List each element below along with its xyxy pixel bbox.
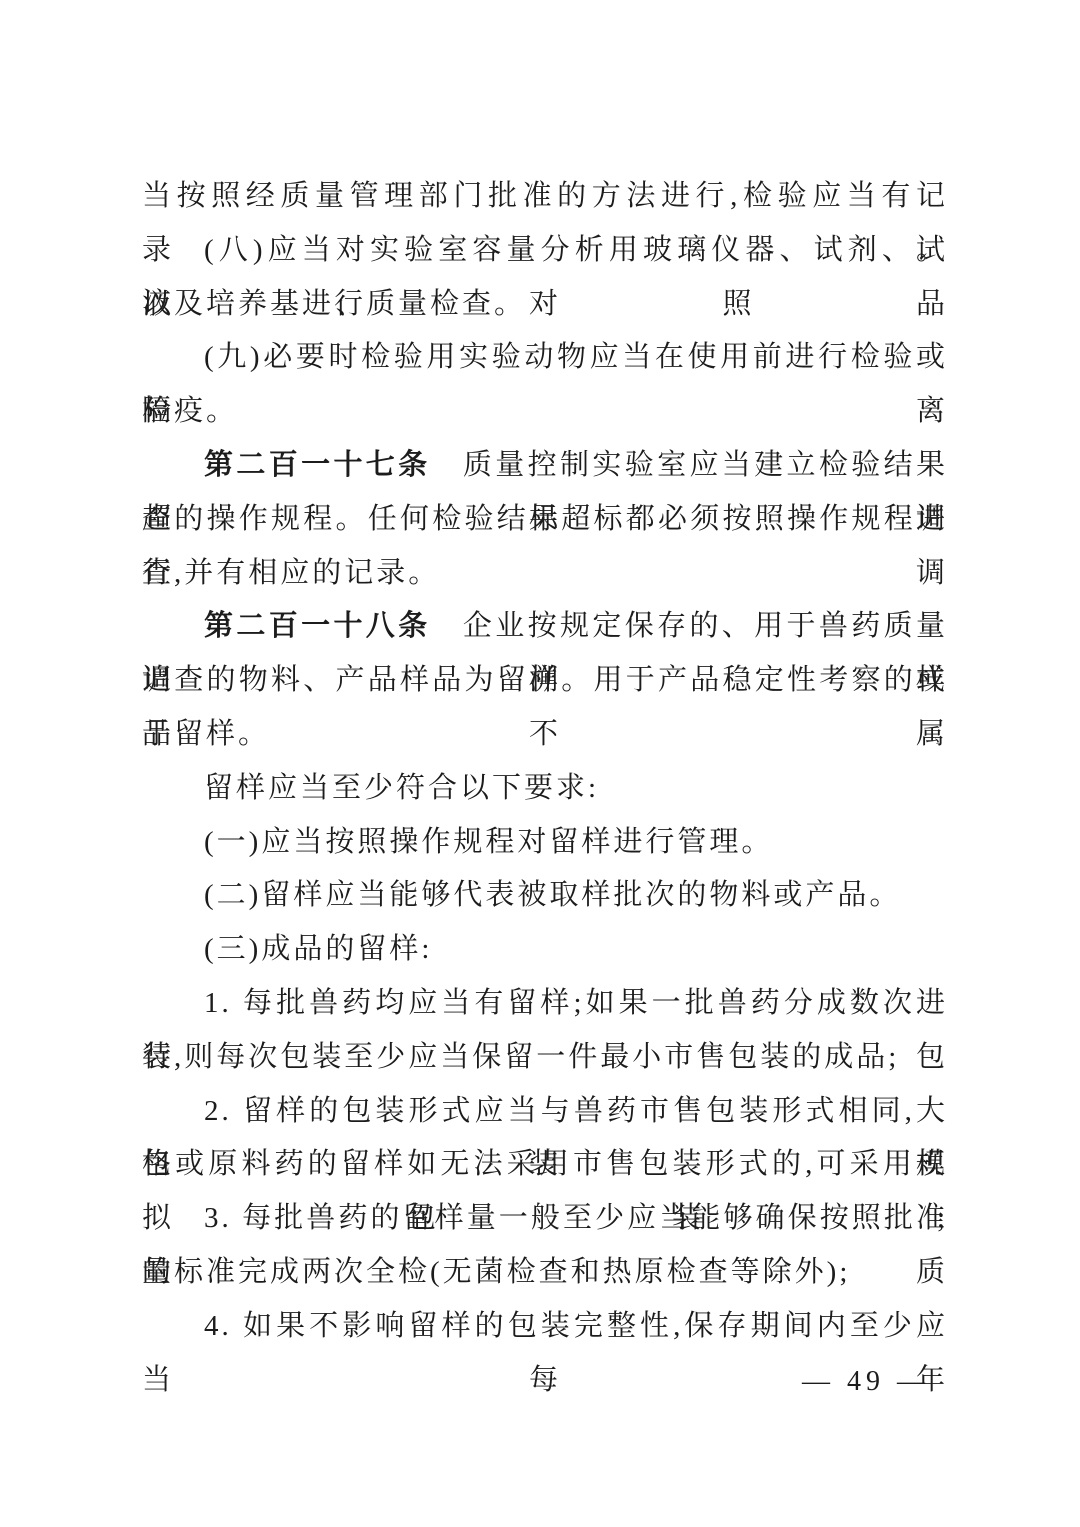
text-line: 1. 每批兽药均应当有留样;如果一批兽药分成数次进行包	[142, 977, 948, 1031]
document-page: 当按照经质量管理部门批准的方法进行,检验应当有记录。 (八)应当对实验室容量分析…	[0, 0, 1080, 1527]
text-line: 格或原料药的留样如无法采用市售包装形式的,可采用模拟包装;	[142, 1138, 948, 1192]
text-line: 2. 留样的包装形式应当与兽药市售包装形式相同,大包装规	[142, 1085, 948, 1139]
text-line: 量标准完成两次全检(无菌检查和热原检查等除外);	[142, 1246, 948, 1300]
text-column: 当按照经质量管理部门批准的方法进行,检验应当有记录。 (八)应当对实验室容量分析…	[142, 170, 948, 1354]
text-line: 装,则每次包装至少应当保留一件最小市售包装的成品;	[142, 1031, 948, 1085]
text-line: (二)留样应当能够代表被取样批次的物料或产品。	[142, 869, 948, 923]
page-number: — 49 —	[802, 1366, 930, 1398]
article-218-number: 第二百一十八条	[204, 610, 431, 642]
text-line: 第二百一十八条 企业按规定保存的、用于兽药质量追溯或	[142, 600, 948, 654]
text-line: 留样应当至少符合以下要求:	[142, 762, 948, 816]
text-line: (八)应当对实验室容量分析用玻璃仪器、试剂、试液、对照品	[142, 224, 948, 278]
text-line: 调查的物料、产品样品为留样。用于产品稳定性考察的样品不属	[142, 654, 948, 708]
article-217-number: 第二百一十七条	[204, 449, 431, 481]
text-line: 当按照经质量管理部门批准的方法进行,检验应当有记录。	[142, 170, 948, 224]
text-line: 查的操作规程。任何检验结果超标都必须按照操作规程进行调	[142, 493, 948, 547]
text-line: (一)应当按照操作规程对留样进行管理。	[142, 816, 948, 870]
text-line: (九)必要时检验用实验动物应当在使用前进行检验或隔离	[142, 331, 948, 385]
text-line: (三)成品的留样:	[142, 923, 948, 977]
text-line: 3. 每批兽药的留样量一般至少应当能够确保按照批准的质	[142, 1192, 948, 1246]
text-line: 第二百一十七条 质量控制实验室应当建立检验结果超标调	[142, 439, 948, 493]
text-line: 4. 如果不影响留样的包装完整性,保存期间内至少应当每年	[142, 1300, 948, 1354]
